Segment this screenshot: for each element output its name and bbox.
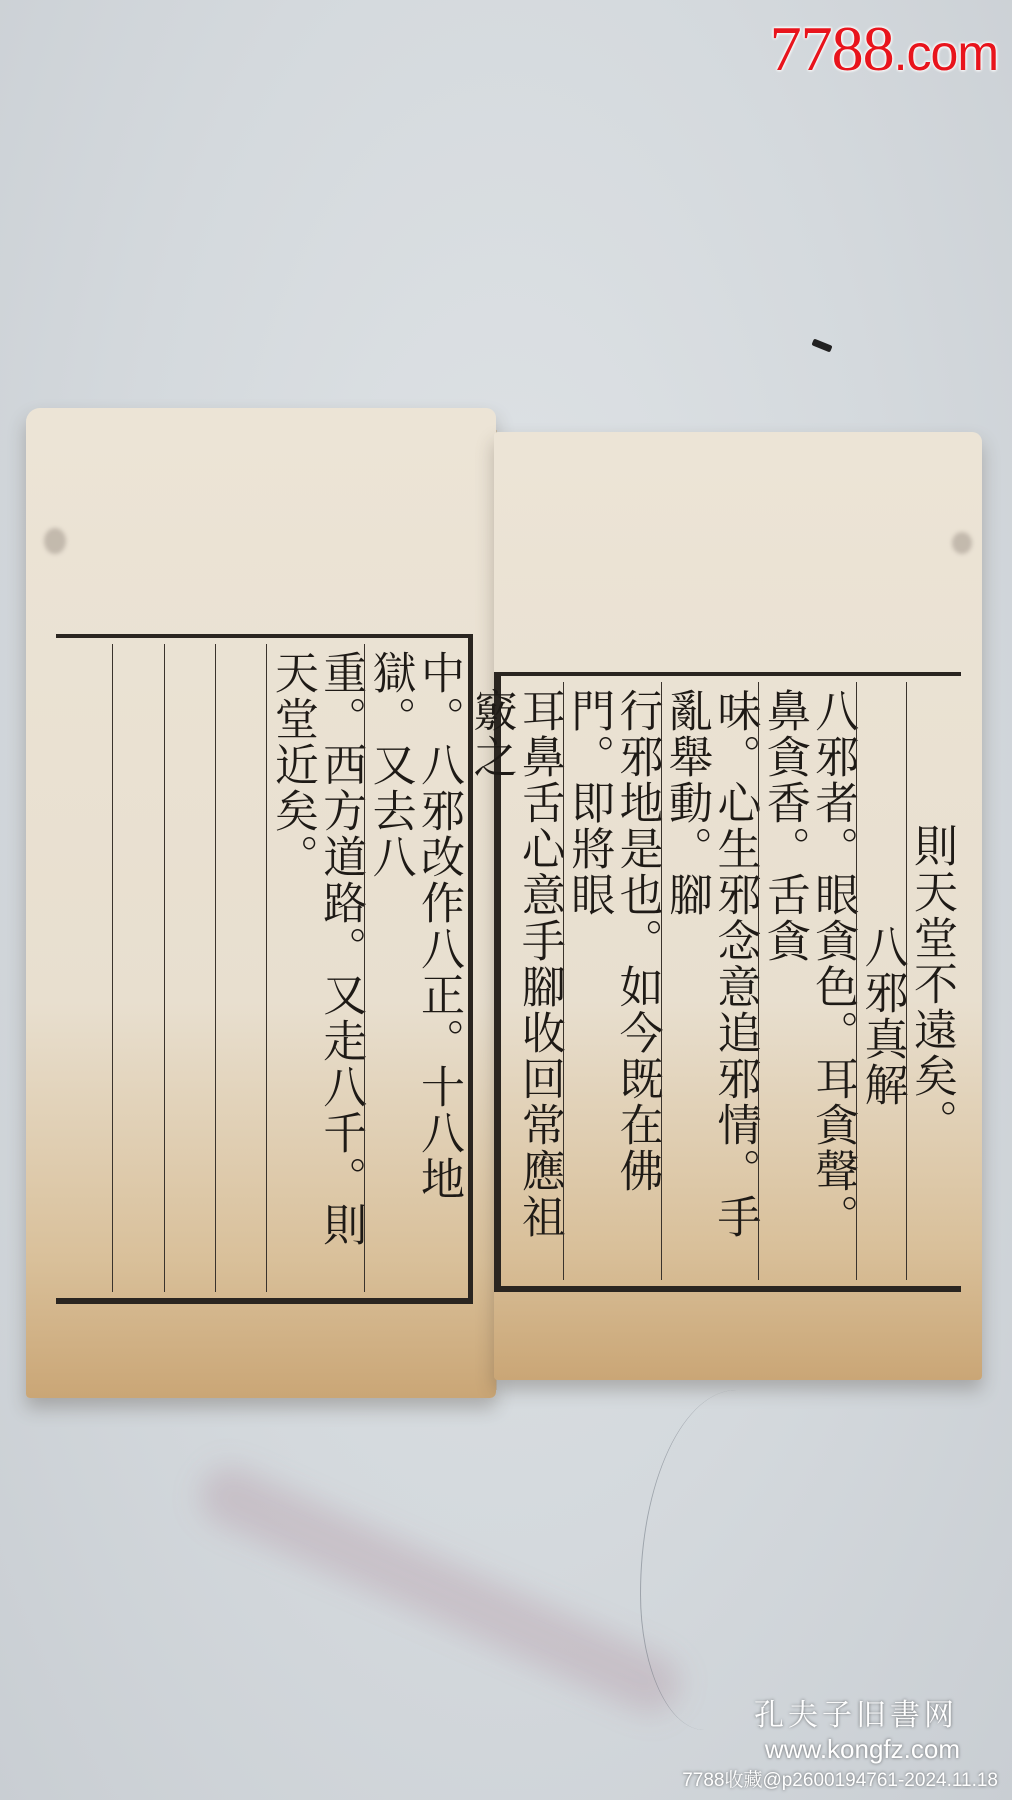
watermark-7788: 7788.com [770, 12, 998, 86]
watermark-credit: 7788收藏@p2600194761-2024.11.18 [682, 1765, 998, 1792]
section-heading: 八邪真解 [856, 682, 905, 1280]
text-column: 重。西方道路。又走八千。則天堂近矣。 [266, 644, 364, 1292]
text-column: 八邪者。眼貪色。耳貪聲。鼻貪香。舌貪 [758, 682, 856, 1280]
left-page: 中。八邪改作八正。十八地獄。又去八 重。西方道路。又走八千。則天堂近矣。 [26, 408, 496, 1398]
watermark-site-name: 孔夫子旧書网 [682, 1690, 958, 1734]
empty-column [112, 644, 163, 1292]
text-column: 中。八邪改作八正。十八地獄。又去八 [364, 644, 462, 1292]
empty-column [215, 644, 266, 1292]
stain-spot [952, 532, 972, 554]
left-page-columns: 中。八邪改作八正。十八地獄。又去八 重。西方道路。又走八千。則天堂近矣。 [62, 644, 462, 1292]
right-page: 則天堂不遠矣。 八邪真解 八邪者。眼貪色。耳貪聲。鼻貪香。舌貪 味。心生邪念意追… [494, 432, 982, 1380]
cloth-shadow [190, 1457, 689, 1723]
right-page-print-frame: 則天堂不遠矣。 八邪真解 八邪者。眼貪色。耳貪聲。鼻貪香。舌貪 味。心生邪念意追… [494, 672, 961, 1292]
stain-spot [44, 528, 66, 554]
right-page-columns: 則天堂不遠矣。 八邪真解 八邪者。眼貪色。耳貪聲。鼻貪香。舌貪 味。心生邪念意追… [507, 682, 955, 1280]
watermark-number: 7788 [770, 13, 894, 84]
text-column: 味。心生邪念意追邪情。手亂舉動。腳 [661, 682, 759, 1280]
empty-column [62, 644, 112, 1292]
watermark-kongfz: 孔夫子旧書网 www.kongfz.com 7788收藏@p2600194761… [682, 1690, 998, 1792]
text-column: 則天堂不遠矣。 [906, 682, 955, 1280]
text-column: 行邪地是也。如今既在佛門。即將眼 [563, 682, 661, 1280]
watermark-url: www.kongfz.com [682, 1734, 960, 1765]
empty-column [164, 644, 215, 1292]
debris-speck [811, 339, 832, 353]
left-page-print-frame: 中。八邪改作八正。十八地獄。又去八 重。西方道路。又走八千。則天堂近矣。 [56, 634, 473, 1304]
watermark-suffix: .com [894, 25, 998, 81]
text-column: 耳鼻舌心意手腳收回常應祖竅之 [466, 682, 563, 1280]
stray-thread [640, 1390, 801, 1730]
